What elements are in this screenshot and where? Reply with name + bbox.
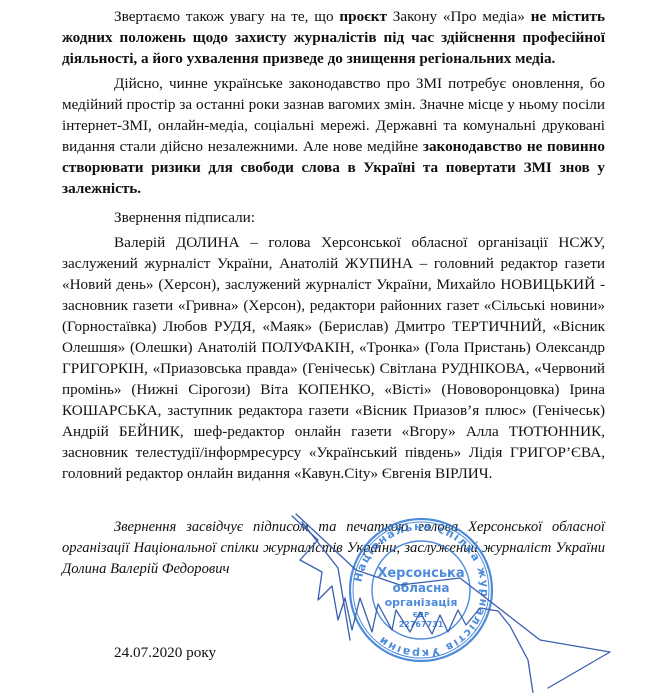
stamp-line2: обласна xyxy=(392,581,449,595)
signed-heading: Звернення підписали: xyxy=(62,207,605,228)
certification-note: Звернення засвідчує підписом та печаткою… xyxy=(62,517,605,580)
stamp-code-label: ЄДР xyxy=(413,611,430,619)
stamp-line3: організація xyxy=(385,596,458,609)
document-date: 24.07.2020 року xyxy=(114,642,216,663)
bold-text: проєкт xyxy=(339,8,387,25)
paragraph-legislation-update: Дійсно, чинне українське законодавство п… xyxy=(62,73,605,199)
text: Звертаємо також увагу на те, що xyxy=(114,8,339,25)
paragraph-draft-law-warning: Звертаємо також увагу на те, що проєкт З… xyxy=(62,6,605,69)
text: Закону «Про медіа» xyxy=(387,8,531,25)
signatories-list: Валерій ДОЛИНА – голова Херсонської обла… xyxy=(62,232,605,484)
stamp-code: 22767731 xyxy=(399,620,444,629)
